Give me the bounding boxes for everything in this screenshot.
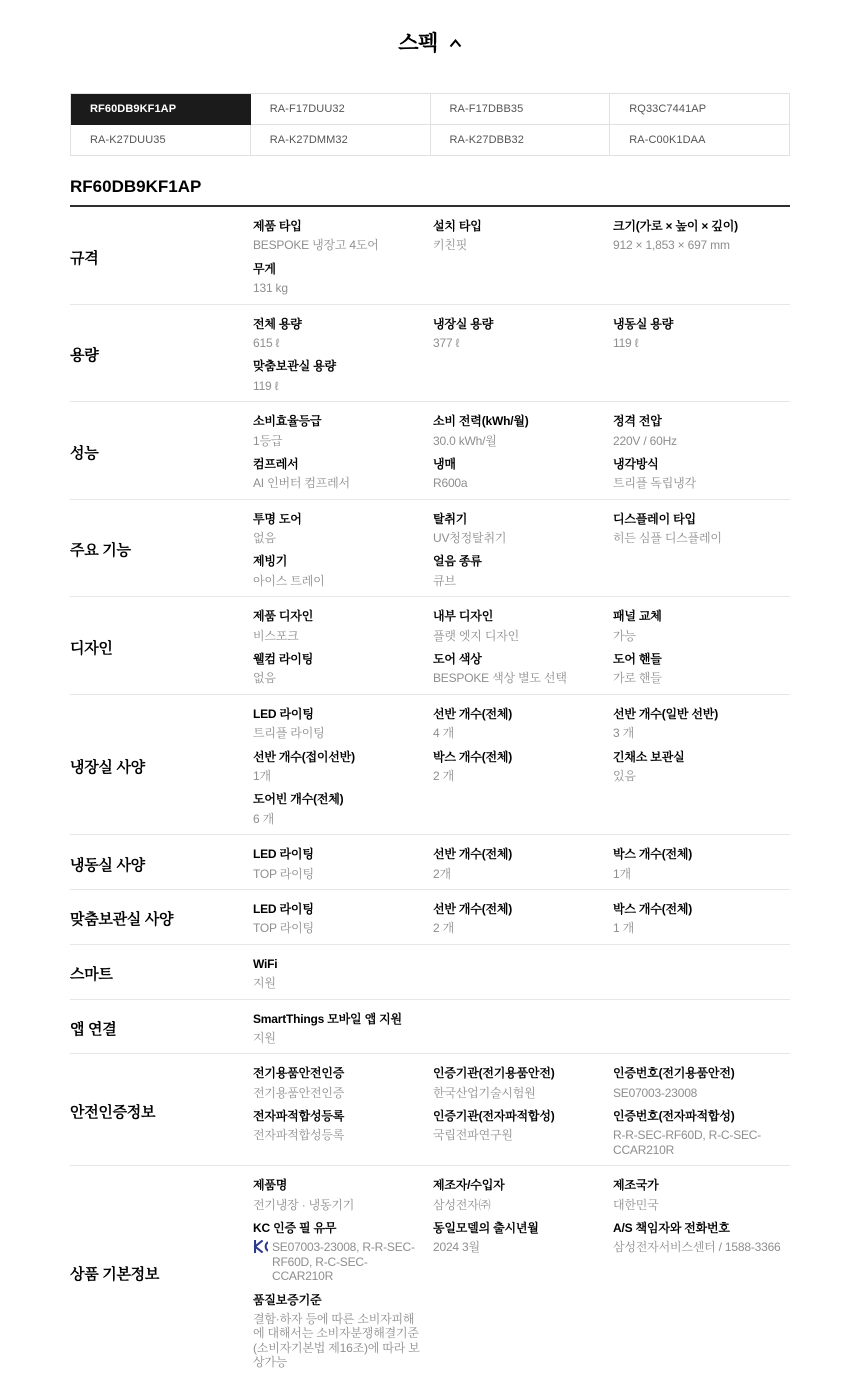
spec-row-items: LED 라이팅트리플 라이팅선반 개수(전체)4 개선반 개수(일반 선반)3 … [253, 707, 793, 826]
spec-item: 탈취기UV청정탈취기 [433, 512, 613, 546]
spec-item: LED 라이팅TOP 라이팅 [253, 902, 433, 936]
spec-item-value: 377 ℓ [433, 336, 603, 350]
spec-item: 도어 핸들가로 핸들 [613, 652, 793, 686]
spec-row: 스마트WiFi지원 [70, 945, 790, 1000]
spec-row-title: 앱 연결 [70, 1018, 253, 1039]
spec-item: 제조자/수입자삼성전자㈜ [433, 1178, 613, 1212]
spec-item-label: 웰컴 라이팅 [253, 652, 423, 666]
spec-item: 제빙기아이스 트레이 [253, 554, 433, 588]
spec-item: 박스 개수(전체)2 개 [433, 750, 613, 784]
spec-item-value: BESPOKE 색상 별도 선택 [433, 671, 603, 685]
spec-row-title: 상품 기본정보 [70, 1263, 253, 1284]
spec-item-value: 없음 [253, 531, 423, 545]
spec-item: 도어빈 개수(전체)6 개 [253, 792, 433, 826]
spec-item-value: 있음 [613, 769, 783, 783]
spec-item-label: LED 라이팅 [253, 707, 423, 721]
spec-item-label: 전체 용량 [253, 317, 423, 331]
spec-item: 설치 타입키친핏 [433, 219, 613, 253]
spec-item-value: SE07003-23008, R-R-SEC-RF60D, R-C-SEC-CC… [253, 1240, 423, 1283]
spec-item-label: 얼음 종류 [433, 554, 603, 568]
spec-item-label: 박스 개수(전체) [613, 902, 783, 916]
spec-row: 냉장실 사양LED 라이팅트리플 라이팅선반 개수(전체)4 개선반 개수(일반… [70, 695, 790, 835]
spec-item: SmartThings 모바일 앱 지원지원 [253, 1012, 433, 1046]
spec-item-value: 삼성전자서비스센터 / 1588-3366 [613, 1240, 783, 1254]
spec-item-label: 선반 개수(전체) [433, 847, 603, 861]
spec-item-value: 119 ℓ [253, 379, 423, 393]
spec-item: 인증기관(전기용품안전)한국산업기술시험원 [433, 1066, 613, 1100]
spec-row-title: 주요 기능 [70, 539, 253, 560]
spec-item-value: 220V / 60Hz [613, 434, 783, 448]
spec-row-items: 제품 디자인비스포크내부 디자인플랫 엣지 디자인패널 교체가능웰컴 라이팅없음… [253, 609, 793, 686]
spec-item-label: 탈취기 [433, 512, 603, 526]
spec-item-value: 한국산업기술시험원 [433, 1086, 603, 1100]
model-tab-ra-f17dbb35[interactable]: RA-F17DBB35 [431, 94, 611, 125]
spec-item-label: SmartThings 모바일 앱 지원 [253, 1012, 423, 1026]
spec-row: 디자인제품 디자인비스포크내부 디자인플랫 엣지 디자인패널 교체가능웰컴 라이… [70, 597, 790, 695]
spec-item: KC 인증 필 유무 SE07003-23008, R-R-SEC-RF60D,… [253, 1221, 433, 1284]
spec-item-label: 박스 개수(전체) [433, 750, 603, 764]
spec-item: 냉매R600a [433, 457, 613, 491]
spec-item: 전체 용량615 ℓ [253, 317, 433, 351]
spec-item-value: 트리플 라이팅 [253, 726, 423, 740]
spec-item-label: 인증번호(전기용품안전) [613, 1066, 783, 1080]
spec-item: 정격 전압220V / 60Hz [613, 414, 793, 448]
spec-item-label: 소비효율등급 [253, 414, 423, 428]
spec-item: 박스 개수(전체)1 개 [613, 902, 793, 936]
spec-item-value: 삼성전자㈜ [433, 1198, 603, 1212]
spec-item-value: TOP 라이팅 [253, 921, 423, 935]
spec-item-label: 제품명 [253, 1178, 423, 1192]
spec-item-value: 2 개 [433, 921, 603, 935]
spec-item-value: 1개 [613, 867, 783, 881]
spec-item-label: 설치 타입 [433, 219, 603, 233]
spec-row-items: 전기용품안전인증전기용품안전인증인증기관(전기용품안전)한국산업기술시험원인증번… [253, 1066, 793, 1157]
spec-item: 소비 전력(kWh/월)30.0 kWh/월 [433, 414, 613, 448]
spec-item-value: 큐브 [433, 574, 603, 588]
spec-item-label: 인증기관(전자파적합성) [433, 1109, 603, 1123]
spec-item: 선반 개수(일반 선반)3 개 [613, 707, 793, 741]
spec-item: 크기(가로 × 높이 × 깊이)912 × 1,853 × 697 mm [613, 219, 793, 253]
spec-item: 선반 개수(접이선반)1개 [253, 750, 433, 784]
spec-item-value: 국립전파연구원 [433, 1128, 603, 1142]
spec-row-title: 안전인증정보 [70, 1101, 253, 1122]
spec-item-value: 1 개 [613, 921, 783, 935]
spec-item: 동일모델의 출시년월2024 3월 [433, 1221, 613, 1284]
spec-item-label: 박스 개수(전체) [613, 847, 783, 861]
spec-row-title: 냉장실 사양 [70, 756, 253, 777]
spec-item-label: LED 라이팅 [253, 847, 423, 861]
spec-item: 선반 개수(전체)2개 [433, 847, 613, 881]
spec-item-value: 트리플 독립냉각 [613, 476, 783, 490]
spec-item: 패널 교체가능 [613, 609, 793, 643]
spec-item-label: KC 인증 필 유무 [253, 1221, 423, 1235]
spec-item-value: 2개 [433, 867, 603, 881]
spec-item-value: 키친핏 [433, 238, 603, 252]
spec-item-label: 도어 색상 [433, 652, 603, 666]
spec-row-items: SmartThings 모바일 앱 지원지원 [253, 1012, 793, 1046]
spec-item-value: 전기용품안전인증 [253, 1086, 423, 1100]
spec-item-value: 가능 [613, 629, 783, 643]
spec-item-value: 지원 [253, 1031, 423, 1045]
spec-item-label: A/S 책임자와 전화번호 [613, 1221, 783, 1235]
spec-item-label: 소비 전력(kWh/월) [433, 414, 603, 428]
spec-item: 박스 개수(전체)1개 [613, 847, 793, 881]
spec-item-label: 긴채소 보관실 [613, 750, 783, 764]
spec-item-label: 도어빈 개수(전체) [253, 792, 423, 806]
spec-item-value: 가로 핸들 [613, 671, 783, 685]
spec-item: 인증번호(전기용품안전)SE07003-23008 [613, 1066, 793, 1100]
spec-item: 제품 타입BESPOKE 냉장고 4도어 [253, 219, 433, 253]
spec-row: 안전인증정보전기용품안전인증전기용품안전인증인증기관(전기용품안전)한국산업기술… [70, 1054, 790, 1166]
spec-item: LED 라이팅트리플 라이팅 [253, 707, 433, 741]
spec-item-value: 615 ℓ [253, 336, 423, 350]
spec-item-label: 인증번호(전자파적합성) [613, 1109, 783, 1123]
spec-item: 긴채소 보관실있음 [613, 750, 793, 784]
spec-row-title: 성능 [70, 442, 253, 463]
spec-item: 웰컴 라이팅없음 [253, 652, 433, 686]
spec-row-title: 용량 [70, 344, 253, 365]
spec-item: 컴프레서AI 인버터 컴프레서 [253, 457, 433, 491]
spec-item-label: 인증기관(전기용품안전) [433, 1066, 603, 1080]
spec-row: 냉동실 사양LED 라이팅TOP 라이팅선반 개수(전체)2개박스 개수(전체)… [70, 835, 790, 890]
spec-row: 주요 기능투명 도어없음탈취기UV청정탈취기디스플레이 타입히든 심플 디스플레… [70, 500, 790, 598]
spec-row-title: 디자인 [70, 637, 253, 658]
spec-item: 냉장실 용량377 ℓ [433, 317, 613, 351]
spec-row-items: 전체 용량615 ℓ냉장실 용량377 ℓ냉동실 용량119 ℓ맞춤보관실 용량… [253, 317, 793, 394]
spec-item-value: 4 개 [433, 726, 603, 740]
spec-item-value: UV청정탈취기 [433, 531, 603, 545]
spec-item-label: 선반 개수(일반 선반) [613, 707, 783, 721]
spec-item-label: 냉매 [433, 457, 603, 471]
spec-item-label: 투명 도어 [253, 512, 423, 526]
spec-item-label: 크기(가로 × 높이 × 깊이) [613, 219, 783, 233]
spec-item-value: 지원 [253, 976, 423, 990]
spec-item: 전자파적합성등록전자파적합성등록 [253, 1109, 433, 1157]
spec-item-label: 무게 [253, 262, 423, 276]
spec-item-value: 결함·하자 등에 따른 소비자피해에 대해서는 소비자분쟁해결기준(소비자기본법… [253, 1312, 423, 1370]
spec-item: 선반 개수(전체)2 개 [433, 902, 613, 936]
spec-item-value: 아이스 트레이 [253, 574, 423, 588]
spec-item: 도어 색상BESPOKE 색상 별도 선택 [433, 652, 613, 686]
spec-item: 맞춤보관실 용량119 ℓ [253, 359, 433, 393]
spec-item-label: LED 라이팅 [253, 902, 423, 916]
model-tab-ra-k27duu35[interactable]: RA-K27DUU35 [71, 125, 251, 156]
spec-item: 투명 도어없음 [253, 512, 433, 546]
spec-item-value: R600a [433, 476, 603, 490]
spec-item-label: 제빙기 [253, 554, 423, 568]
spec-item: WiFi지원 [253, 957, 433, 991]
spec-row: 앱 연결SmartThings 모바일 앱 지원지원 [70, 1000, 790, 1055]
spec-item: 디스플레이 타입히든 심플 디스플레이 [613, 512, 793, 546]
spec-row-title: 스마트 [70, 963, 253, 984]
spec-item-label: 정격 전압 [613, 414, 783, 428]
spec-item-label: 제품 타입 [253, 219, 423, 233]
spec-row-title: 규격 [70, 247, 253, 268]
spec-row: 용량전체 용량615 ℓ냉장실 용량377 ℓ냉동실 용량119 ℓ맞춤보관실 … [70, 305, 790, 403]
spec-row-items: WiFi지원 [253, 957, 793, 991]
spec-item: 소비효율등급1등급 [253, 414, 433, 448]
spec-item: 냉동실 용량119 ℓ [613, 317, 793, 351]
spec-item-label: 도어 핸들 [613, 652, 783, 666]
spec-item-label: 품질보증기준 [253, 1293, 423, 1307]
spec-item-value: 전기냉장 · 냉동기기 [253, 1198, 423, 1212]
spec-row-items: 제품명전기냉장 · 냉동기기제조자/수입자삼성전자㈜제조국가대한민국KC 인증 … [253, 1178, 793, 1369]
spec-item: 얼음 종류큐브 [433, 554, 613, 588]
spec-item-value: 플랫 엣지 디자인 [433, 629, 603, 643]
spec-item-value: TOP 라이팅 [253, 867, 423, 881]
spec-item-value: 비스포크 [253, 629, 423, 643]
spec-item-value: 2024 3월 [433, 1240, 603, 1254]
spec-item-label: 제조국가 [613, 1178, 783, 1192]
spec-item-value: AI 인버터 컴프레서 [253, 476, 423, 490]
spec-item-value: 3 개 [613, 726, 783, 740]
chevron-up-icon [449, 39, 462, 48]
spec-item-label: 냉동실 용량 [613, 317, 783, 331]
spec-item-label: 동일모델의 출시년월 [433, 1221, 603, 1235]
spec-item-value: 히든 심플 디스플레이 [613, 531, 783, 545]
spec-item: 전기용품안전인증전기용품안전인증 [253, 1066, 433, 1100]
spec-item: A/S 책임자와 전화번호삼성전자서비스센터 / 1588-3366 [613, 1221, 793, 1284]
model-heading: RF60DB9KF1AP [70, 177, 790, 207]
spec-page: 스펙 RF60DB9KF1APRA-F17DUU32RA-F17DBB35RQ3… [70, 0, 790, 1388]
spec-item-label: 선반 개수(접이선반) [253, 750, 423, 764]
spec-item: 내부 디자인플랫 엣지 디자인 [433, 609, 613, 643]
spec-item-value: 119 ℓ [613, 336, 783, 350]
model-tab-rf60db9kf1ap[interactable]: RF60DB9KF1AP [71, 94, 251, 125]
spec-row: 성능소비효율등급1등급소비 전력(kWh/월)30.0 kWh/월정격 전압22… [70, 402, 790, 500]
spec-table: 규격제품 타입BESPOKE 냉장고 4도어설치 타입키친핏크기(가로 × 높이… [70, 207, 790, 1378]
spec-item-value: 없음 [253, 671, 423, 685]
spec-item-value: BESPOKE 냉장고 4도어 [253, 238, 423, 252]
spec-item-label: 전자파적합성등록 [253, 1109, 423, 1123]
spec-item-value: 대한민국 [613, 1198, 783, 1212]
model-tab-grid: RF60DB9KF1APRA-F17DUU32RA-F17DBB35RQ33C7… [70, 93, 790, 156]
model-tab-ra-c00k1daa[interactable]: RA-C00K1DAA [610, 125, 790, 156]
spec-item: 무게131 kg [253, 262, 433, 296]
spec-item: 냉각방식트리플 독립냉각 [613, 457, 793, 491]
spec-item-value: SE07003-23008 [613, 1086, 783, 1100]
spec-item-label: 냉각방식 [613, 457, 783, 471]
spec-item-label: WiFi [253, 957, 423, 971]
spec-item-label: 패널 교체 [613, 609, 783, 623]
spec-item: 인증기관(전자파적합성)국립전파연구원 [433, 1109, 613, 1157]
spec-row: 맞춤보관실 사양LED 라이팅TOP 라이팅선반 개수(전체)2 개박스 개수(… [70, 890, 790, 945]
spec-item-value: 131 kg [253, 281, 423, 295]
spec-row-title: 냉동실 사양 [70, 854, 253, 875]
spec-row-items: 투명 도어없음탈취기UV청정탈취기디스플레이 타입히든 심플 디스플레이제빙기아… [253, 512, 793, 589]
spec-item-label: 전기용품안전인증 [253, 1066, 423, 1080]
spec-item: 선반 개수(전체)4 개 [433, 707, 613, 741]
spec-item-value: 1등급 [253, 434, 423, 448]
spec-row-items: 소비효율등급1등급소비 전력(kWh/월)30.0 kWh/월정격 전압220V… [253, 414, 793, 491]
spec-item: LED 라이팅TOP 라이팅 [253, 847, 433, 881]
model-tab-ra-k27dbb32[interactable]: RA-K27DBB32 [431, 125, 611, 156]
spec-row: 규격제품 타입BESPOKE 냉장고 4도어설치 타입키친핏크기(가로 × 높이… [70, 207, 790, 305]
spec-item-value: 30.0 kWh/월 [433, 434, 603, 448]
spec-row-items: LED 라이팅TOP 라이팅선반 개수(전체)2개박스 개수(전체)1개 [253, 847, 793, 881]
spec-item-label: 선반 개수(전체) [433, 707, 603, 721]
spec-item: 품질보증기준결함·하자 등에 따른 소비자피해에 대해서는 소비자분쟁해결기준(… [253, 1293, 433, 1370]
spec-section-toggle[interactable]: 스펙 [70, 0, 790, 57]
model-tab-ra-f17duu32[interactable]: RA-F17DUU32 [251, 94, 431, 125]
spec-item-value: 6 개 [253, 812, 423, 826]
spec-item-label: 디스플레이 타입 [613, 512, 783, 526]
spec-item: 제조국가대한민국 [613, 1178, 793, 1212]
spec-item-value: 2 개 [433, 769, 603, 783]
spec-item-value: 전자파적합성등록 [253, 1128, 423, 1142]
spec-row: 상품 기본정보제품명전기냉장 · 냉동기기제조자/수입자삼성전자㈜제조국가대한민… [70, 1166, 790, 1377]
spec-row-items: 제품 타입BESPOKE 냉장고 4도어설치 타입키친핏크기(가로 × 높이 ×… [253, 219, 793, 296]
spec-item-label: 내부 디자인 [433, 609, 603, 623]
spec-item-label: 컴프레서 [253, 457, 423, 471]
spec-item: 제품 디자인비스포크 [253, 609, 433, 643]
kc-certification-icon [253, 1240, 268, 1253]
spec-title: 스펙 [398, 27, 438, 57]
spec-item-label: 제조자/수입자 [433, 1178, 603, 1192]
model-tab-rq33c7441ap[interactable]: RQ33C7441AP [610, 94, 790, 125]
spec-item-value: R-R-SEC-RF60D, R-C-SEC-CCAR210R [613, 1128, 783, 1157]
spec-item-value: 912 × 1,853 × 697 mm [613, 238, 783, 252]
spec-item: 제품명전기냉장 · 냉동기기 [253, 1178, 433, 1212]
spec-item-label: 제품 디자인 [253, 609, 423, 623]
spec-item-label: 냉장실 용량 [433, 317, 603, 331]
spec-item-label: 맞춤보관실 용량 [253, 359, 423, 373]
model-tab-ra-k27dmm32[interactable]: RA-K27DMM32 [251, 125, 431, 156]
spec-item-value: 1개 [253, 769, 423, 783]
spec-row-title: 맞춤보관실 사양 [70, 908, 253, 929]
spec-row-items: LED 라이팅TOP 라이팅선반 개수(전체)2 개박스 개수(전체)1 개 [253, 902, 793, 936]
spec-item-label: 선반 개수(전체) [433, 902, 603, 916]
spec-item: 인증번호(전자파적합성)R-R-SEC-RF60D, R-C-SEC-CCAR2… [613, 1109, 793, 1157]
